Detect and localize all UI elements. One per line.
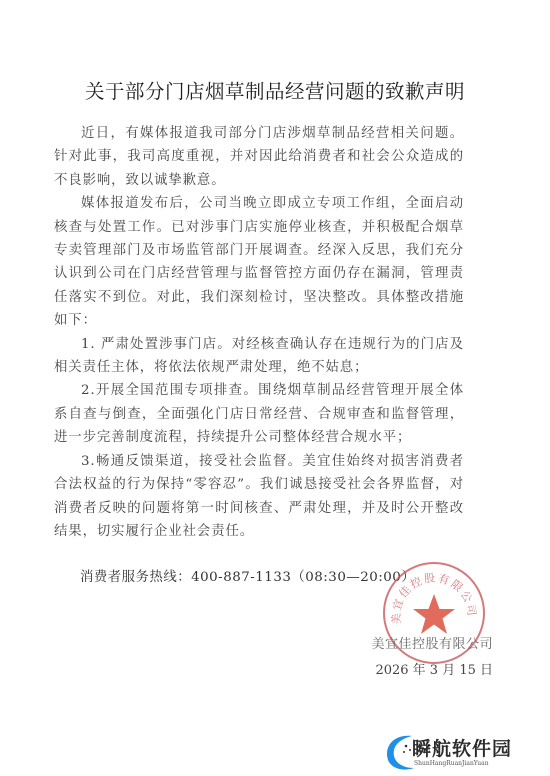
- site-watermark: 瞬航软件园 ShunHangRuanJianYuan: [382, 730, 532, 774]
- paragraph-response: 媒体报道发布后，公司当晚立即成立专项工作组，全面启动核查与处置工作。已对涉事门店…: [54, 192, 464, 332]
- customer-hotline: 消费者服务热线：400-887-1133（08:30—20:00）: [80, 566, 415, 585]
- watermark-pinyin: ShunHangRuanJianYuan: [414, 760, 489, 767]
- paragraph-measure-3: 3.畅通反馈渠道，接受社会监督。美宜佳始终对损害消费者合法权益的行为保持“零容忍…: [54, 450, 464, 544]
- paragraph-measure-1: 1. 严肃处置涉事门店。对经核查确认存在违规行为的门店及相关责任主体，将依法依规…: [54, 333, 464, 380]
- company-name: 美宜佳控股有限公司: [371, 633, 493, 652]
- paragraph-intro: 近日，有媒体报道我司部分门店涉烟草制品经营相关问题。针对此事，我司高度重视，并对…: [54, 122, 464, 192]
- watermark-name: 瞬航软件园: [412, 734, 512, 761]
- document-title: 关于部分门店烟草制品经营问题的致歉声明: [0, 76, 550, 104]
- paragraph-measure-2: 2.开展全国范围专项排查。围绕烟草制品经营管理开展全体系自查与倒查，全面强化门店…: [54, 379, 464, 449]
- issue-date: 2026 年 3 月 15 日: [375, 659, 493, 678]
- document-body: 近日，有媒体报道我司部分门店涉烟草制品经营相关问题。针对此事，我司高度重视，并对…: [54, 122, 464, 543]
